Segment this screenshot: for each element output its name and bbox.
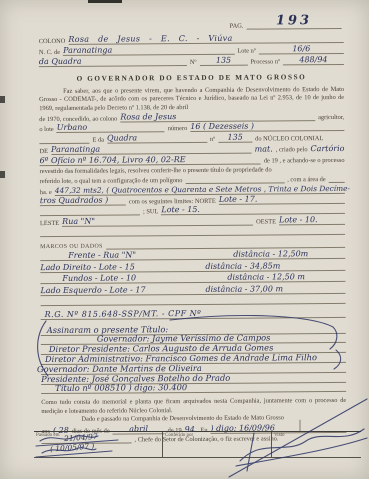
- document-title: O GOVERNADOR DO ESTADO DE MATO GROSSO: [39, 73, 344, 83]
- lote-fill-line: o lote Urbano número 16 ( Dezesseis ): [39, 121, 344, 133]
- quadra-hw: da Quadra: [39, 56, 187, 67]
- rule-line: [40, 225, 345, 237]
- lote-value: 16/6: [259, 44, 344, 55]
- marcos-heading: MARCOS OU DADOS: [40, 244, 103, 250]
- oficio-hw: 6º Ofício nº 16.704, Livro 40, 02-RE: [40, 154, 261, 166]
- lote-pre: o lote: [39, 126, 53, 133]
- marcos-dist: distância - 12,50 m: [227, 272, 345, 282]
- stamp-cell3-label: Visto: [274, 433, 285, 438]
- lote-label: Lote nº: [237, 48, 256, 55]
- numero-label: Nº: [190, 59, 197, 66]
- processo-value: 488/94: [283, 55, 344, 65]
- stamp-cell-visto: Visto: [272, 432, 361, 457]
- oficio-post: de 19 , e achando-se o processo: [264, 157, 345, 165]
- criado-label: , criado pelo: [276, 146, 308, 153]
- rule-line: [41, 294, 346, 306]
- document-content: PAG. 193 COLONO Rosa de Jesus - E. C. - …: [38, 0, 346, 444]
- colono-name: Rosa de Jesus - E. C. - Viúva: [68, 33, 343, 45]
- leste-label: LESTE: [40, 220, 59, 227]
- sul-label: ; SUL: [143, 208, 159, 215]
- punch-mark: [0, 96, 5, 103]
- quadra-pre: E da: [92, 137, 104, 144]
- nc-value: Paranatinga: [63, 45, 234, 56]
- poligono-line: referido lote, o qual tem a configuração…: [40, 173, 345, 185]
- processo-label: Processo nº: [250, 58, 280, 65]
- nc-label: N. C. de: [39, 49, 60, 56]
- nucleo-fill-line: DE Paranatinga mat. , criado pelo Cartór…: [39, 142, 344, 155]
- colono-line: COLONO Rosa de Jesus - E. C. - Viúva: [39, 31, 344, 45]
- lote-hw: Urbano: [57, 122, 165, 133]
- scanned-land-title-document: PAG. 193 COLONO Rosa de Jesus - E. C. - …: [0, 0, 369, 479]
- marcos-dist: distância - 12,50m: [233, 249, 345, 259]
- lote-num-hw: 16 ( Dezesseis ): [190, 121, 344, 132]
- leste-oeste-line: LESTE Rua "N" OESTE Lote - 10.: [40, 214, 345, 227]
- rg-cpf-hw: R.G. Nº 815.648-SSP/MT. - CPF Nº: [41, 308, 346, 320]
- quadra-hw2: Quadra: [107, 133, 207, 144]
- marcos-lado: Frente - Rua "N": [40, 250, 230, 260]
- quadra-post: do NÚCLEO COLONIAL: [255, 135, 323, 142]
- stamp-cell2-label: Conferido por: [165, 433, 193, 438]
- punch-mark: [0, 171, 5, 178]
- leste-hw: Rua "N": [62, 215, 253, 226]
- quadra-mid: nº: [210, 136, 215, 143]
- nucleo-lote-line: N. C. de Paranatinga Lote nº 16/6: [39, 43, 344, 56]
- pag-value: 193: [246, 13, 341, 30]
- sul-hw: Lote - 15.: [161, 204, 345, 215]
- oficio-fill-line: 6º Ofício nº 16.704, Livro 40, 02-RE de …: [40, 153, 345, 166]
- marcos-dist: distância - 37,00 m: [205, 284, 345, 294]
- cartorio-hw: Cartório: [311, 144, 345, 153]
- quadra-processo-line: da Quadra Nº 135 Processo nº 488/94: [39, 54, 344, 67]
- de-hw: Paranatinga: [51, 143, 252, 154]
- stamp-table: Passado em 21/04/97 ( 10/05/97 ) Conferi…: [34, 431, 361, 458]
- quadra-num-hw: 135: [218, 132, 252, 142]
- stamp-date-2: ( 10/05/97 ): [50, 441, 95, 453]
- page-number-row: PAG. 193: [230, 14, 342, 30]
- marcos-lado: Lado Esquerdo - Lote - 17: [40, 285, 202, 295]
- stamp-cell1-label: Passado em: [36, 433, 59, 438]
- colono-label: COLONO: [39, 38, 66, 45]
- preamble-paragraph: Faz saber, aos que o presente virem, que…: [39, 86, 344, 113]
- stamp-cell-passado: Passado em 21/04/97 ( 10/05/97 ): [34, 432, 163, 457]
- poligono-pre: referido lote, o qual tem a configuração…: [40, 177, 183, 185]
- rule-line: [329, 182, 345, 183]
- lote-mid: número: [168, 125, 188, 132]
- quadra-fill-line: E da Quadra nº 135 do NÚCLEO COLONIAL: [39, 131, 344, 144]
- marcos-lado: Lado Direito - Lote - 15: [40, 262, 202, 272]
- area-hw2: tros Quadrados ): [40, 195, 126, 206]
- sul-line: ; SUL Lote - 15.: [40, 204, 345, 216]
- mat-hw: mat.: [255, 144, 273, 153]
- marcos-dist: distância - 34,85m: [205, 261, 345, 271]
- oeste-hw: Lote - 10.: [279, 215, 345, 225]
- pag-label: PAG.: [230, 23, 244, 30]
- signature-line: Título nº 008510 ) digo: 30.400: [41, 383, 346, 395]
- marcos-lado: Fundos - Lote - 10: [40, 273, 224, 283]
- poligono-post: , com a área de: [287, 176, 326, 183]
- rg-line: R.G. Nº 815.648-SSP/MT. - CPF Nº: [41, 306, 346, 320]
- titulo-numero-hw: Título nº 008510 ) digo: 30.400: [41, 383, 187, 394]
- stamp-cell-conferido: Conferido por: [163, 432, 272, 457]
- de-label: DE: [39, 148, 48, 155]
- oeste-label: OESTE: [256, 218, 276, 225]
- numero-value: 135: [199, 56, 247, 66]
